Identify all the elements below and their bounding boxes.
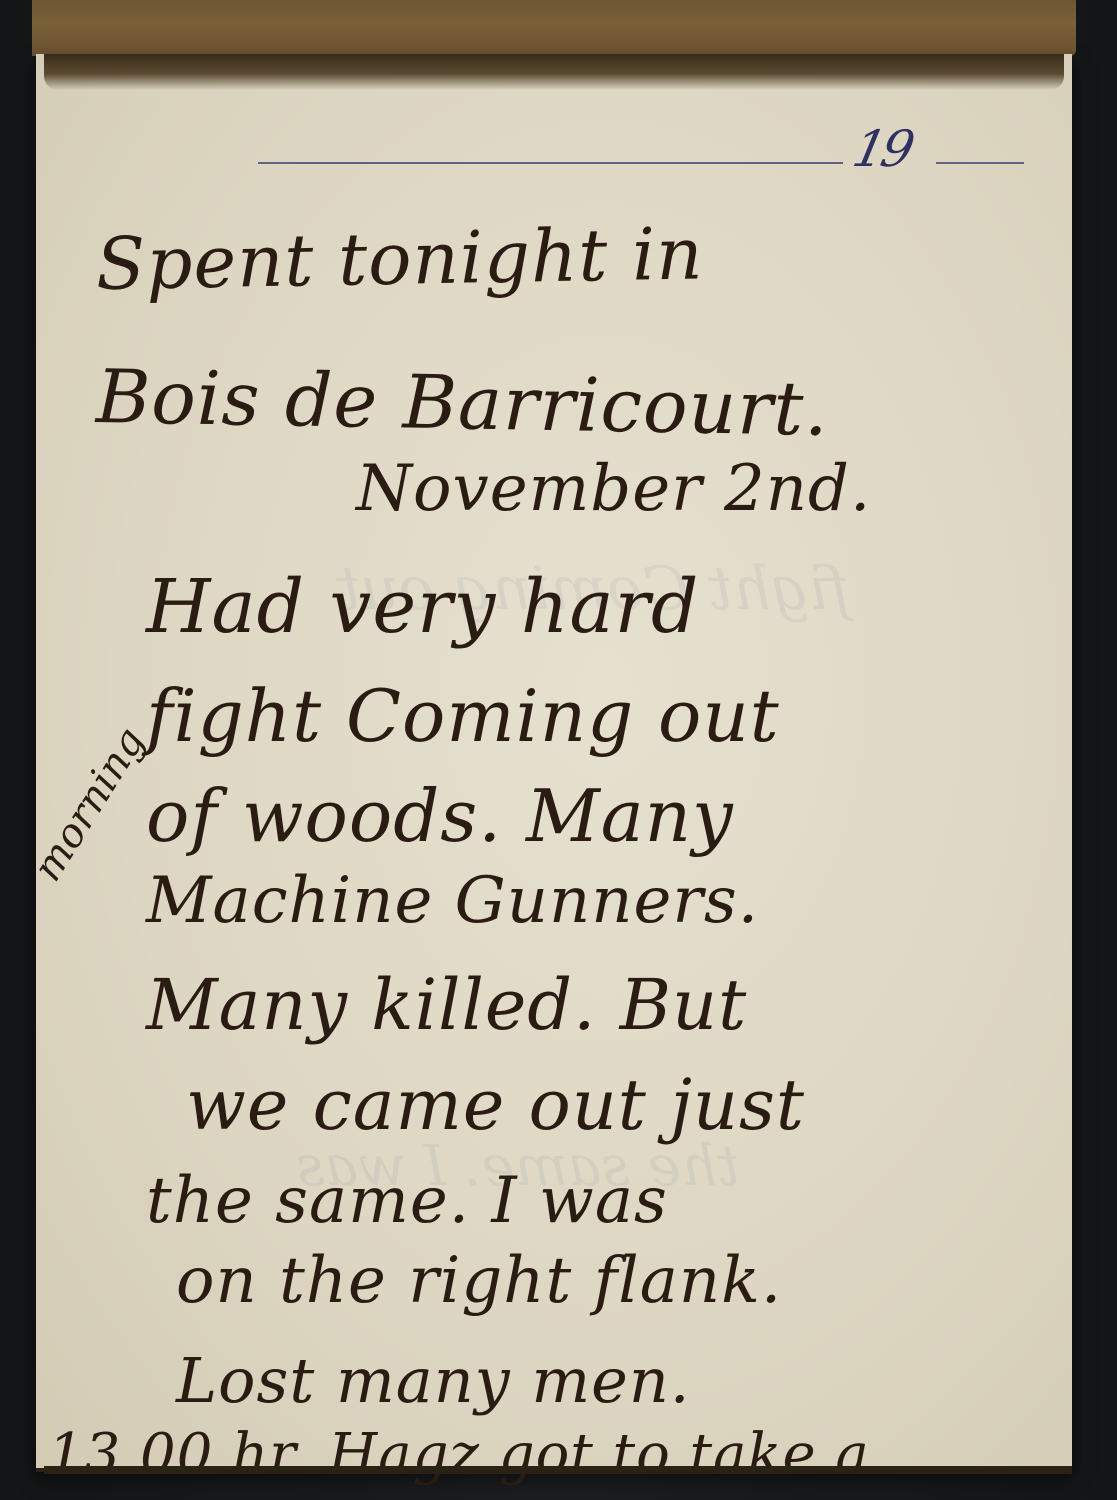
handwritten-line-8: Many killed. But: [146, 964, 747, 1046]
notebook-page: fight Coming out the same. I was 19 Spen…: [36, 54, 1072, 1468]
header-rule-right: [936, 162, 1024, 164]
handwritten-line-13: 13.00 hr. Hagz got to take a: [48, 1422, 870, 1487]
header-rule-left: [258, 162, 843, 164]
handwritten-line-5: fight Coming out: [146, 674, 780, 758]
handwritten-line-4: Had very hard: [146, 564, 699, 650]
handwritten-line-2: Bois de Barricourt.: [95, 354, 829, 453]
handwritten-line-3: November 2nd.: [356, 452, 871, 526]
binding-shadow: [44, 54, 1064, 90]
handwritten-line-7: Machine Gunners.: [146, 864, 759, 938]
page-number: 19: [848, 120, 916, 178]
handwritten-line-9: we came out just: [186, 1064, 805, 1146]
notebook-binding: [32, 0, 1076, 56]
handwritten-line-6: of woods. Many: [146, 774, 734, 858]
handwritten-line-12: Lost many men.: [176, 1344, 690, 1417]
margin-note: morning: [24, 720, 154, 889]
handwritten-line-10: the same. I was: [146, 1164, 668, 1238]
page-bottom-edge: [44, 1466, 1072, 1474]
handwritten-line-11: on the right flank.: [176, 1244, 782, 1318]
handwritten-line-1: Spent tonight in: [95, 211, 704, 306]
